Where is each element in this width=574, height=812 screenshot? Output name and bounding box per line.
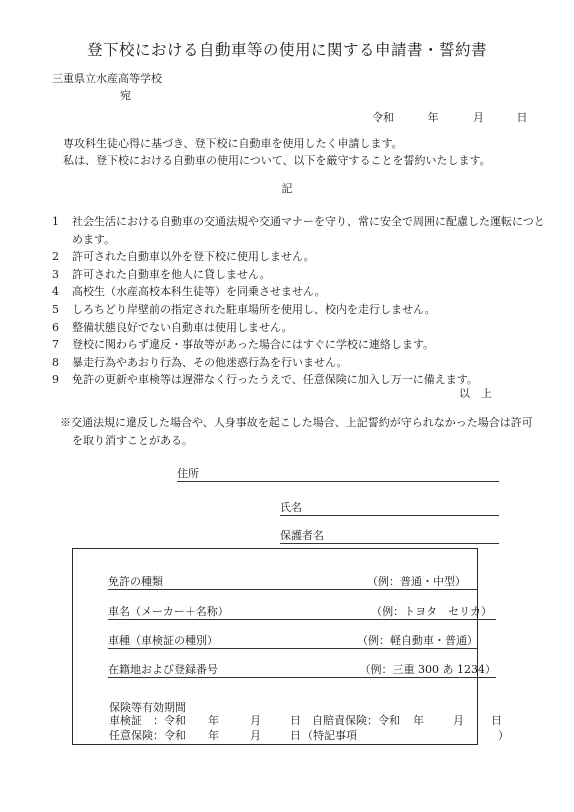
car-name-label: 車名（メーカー＋名称）	[108, 603, 229, 619]
vehicle-info-box: 免許の種類 （例：普通・中型） 車名（メーカー＋名称） （例：トヨタ セリカ） …	[72, 548, 478, 745]
jibaiseki-label: 自賠責保険：令和	[312, 712, 413, 728]
pledge-item: 1社会生活における自動車の交通法規や交通マナーを守り、常に安全で周囲に配慮した運…	[52, 213, 552, 248]
jibaiseki-year[interactable]: 年	[413, 712, 453, 728]
nini-month[interactable]: 月	[250, 727, 290, 743]
pledge-item: 4高校生（水産高校本科生徒等）を同乗させません。	[52, 283, 552, 301]
shaken-row: 車検証 ：令和 年 月 日 自賠責保険：令和 年 月 日	[109, 712, 502, 728]
name-field[interactable]: 氏名	[280, 497, 499, 516]
jibaiseki-month[interactable]: 月	[453, 712, 491, 728]
closing-ijo: 以 上	[459, 385, 492, 401]
shaken-year[interactable]: 年	[208, 712, 250, 728]
date-era: 令和	[372, 109, 424, 125]
license-type-field[interactable]: 免許の種類 （例：普通・中型）	[108, 571, 478, 590]
jibaiseki-day[interactable]: 日	[491, 712, 502, 728]
address-label: 住所	[177, 465, 199, 481]
intro-line-1: 専攻科生徒心得に基づき、登下校に自動車を使用したく申請します。	[63, 135, 403, 151]
car-type-label: 車種（車検証の種別）	[108, 632, 218, 648]
pledge-item: 8暴走行為やあおり行為、その他迷惑行為を行いません。	[52, 354, 552, 372]
license-type-example: （例：普通・中型）	[367, 573, 466, 589]
document-title: 登下校における自動車等の使用に関する申請書・誓約書	[0, 38, 574, 60]
special-notes-open[interactable]: （特記事項	[302, 727, 498, 743]
car-name-example: （例：トヨタ セリカ）	[371, 603, 492, 619]
recipient-suffix: 宛	[120, 87, 131, 103]
revocation-note: ※交通法規に違反した場合や、人身事故を起こした場合、上記誓約が守られなかった場合…	[60, 414, 542, 449]
guardian-name-field[interactable]: 保護者名	[280, 525, 499, 544]
nini-row: 任意保険：令和 年 月 日 （特記事項 ）	[109, 727, 509, 743]
shaken-day[interactable]: 日	[290, 712, 312, 728]
special-notes-close: ）	[498, 727, 509, 743]
pledge-item: 6整備状態良好でない自動車は使用しません。	[52, 319, 552, 337]
date-month: 月	[473, 109, 513, 125]
pledge-list: 1社会生活における自動車の交通法規や交通マナーを守り、常に安全で周囲に配慮した運…	[52, 213, 552, 389]
car-name-field[interactable]: 車名（メーカー＋名称） （例：トヨタ セリカ）	[108, 601, 496, 620]
car-type-field[interactable]: 車種（車検証の種別） （例：軽自動車・普通）	[108, 630, 478, 649]
pledge-item: 5しろちどり岸壁前の指定された駐車場所を使用し、校内を走行しません。	[52, 301, 552, 319]
address-field[interactable]: 住所	[177, 463, 499, 482]
shaken-label: 車検証 ：令和	[109, 712, 208, 728]
name-label: 氏名	[280, 499, 302, 515]
guardian-name-label: 保護者名	[280, 527, 324, 543]
pledge-item: 7登校に関わらず違反・事故等があった場合にはすぐに学校に連絡します。	[52, 336, 552, 354]
registration-number-example: （例：三重 300 あ 1234）	[360, 661, 496, 677]
ki-heading: 記	[0, 180, 574, 196]
license-type-label: 免許の種類	[108, 573, 163, 589]
registration-number-field[interactable]: 在籍地および登録番号 （例：三重 300 あ 1234）	[108, 659, 496, 678]
recipient-school: 三重県立水産高等学校	[52, 70, 162, 86]
date-line: 令和 年 月 日	[372, 109, 528, 125]
nini-year[interactable]: 年	[208, 727, 250, 743]
date-day: 日	[517, 109, 528, 125]
nini-label: 任意保険：令和	[109, 727, 208, 743]
pledge-item: 3許可された自動車を他人に貸しません。	[52, 266, 552, 284]
registration-number-label: 在籍地および登録番号	[108, 661, 218, 677]
pledge-item: 2許可された自動車以外を登下校に使用しません。	[52, 248, 552, 266]
intro-line-2: 私は、登下校における自動車の使用について、以下を厳守することを誓約いたします。	[63, 152, 491, 168]
car-type-example: （例：軽自動車・普通）	[357, 632, 478, 648]
date-year: 年	[428, 109, 470, 125]
nini-day[interactable]: 日	[290, 727, 302, 743]
shaken-month[interactable]: 月	[250, 712, 290, 728]
